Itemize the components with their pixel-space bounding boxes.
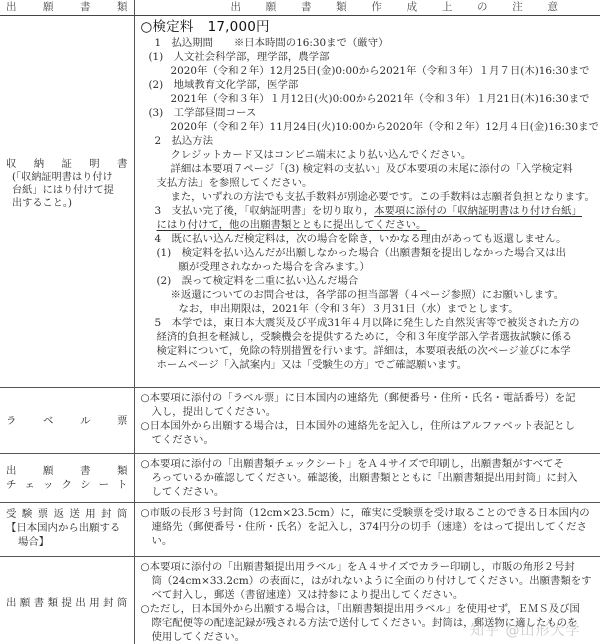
- note-line: 4 既に払い込んだ検定料は，次の場合を除き，いかなる理由があっても返還しません。: [141, 232, 599, 246]
- fee-label: ○検定料: [141, 19, 194, 35]
- label-char: ト: [117, 478, 127, 492]
- table-header: 出願書類 出願書類作成上の注意: [0, 0, 600, 16]
- note-line: ○ただし，日本国外から出願する場合は，「出願書類提出用ラベル」を使用せず，ＥＭＳ…: [141, 602, 599, 616]
- label-char: 封: [101, 507, 111, 521]
- label-payment-receipt: 収納証明書 (「収納証明書はり付け台紙」にはり付けて提出すること。): [0, 16, 134, 388]
- note-line: 1 払込期間 ※日本時間の16:30まで（厳守）: [141, 36, 599, 50]
- item-3-underlined-2: にはり付けて，他の出願書類とともに提出してください。: [157, 219, 427, 231]
- note-line: また，いずれの方法でも支払手数料が別途必要です。この手数料は志願者負担となります…: [141, 190, 599, 204]
- note-line: クレジットカード又はコンビニ端末により払い込んでください。: [141, 148, 599, 162]
- note-line: 2 払込方法: [141, 134, 599, 148]
- label-return-envelope: 受験票返送用封筒 【日本国内から出願する 場合】: [0, 503, 134, 557]
- label-char: 願: [43, 0, 54, 14]
- note-line: 筒（24cm×33.2cm）の表面に，はがれないように全面のり付けしてください。…: [141, 574, 599, 588]
- note-line: 願が受理されなかった場合を含みます。）: [141, 260, 599, 274]
- label-checklist: 出願書類 チェックシート: [0, 454, 134, 503]
- label-char: 験: [22, 507, 32, 521]
- label-char: 出: [6, 596, 16, 610]
- note-line: (1) 人文社会科学部，理学部，農学部: [141, 50, 599, 64]
- note-line: (3) 工学部昼間コース: [141, 106, 599, 120]
- header-documents: 出願書類: [0, 0, 134, 16]
- label-char: 類: [117, 0, 128, 14]
- label-char: 上: [442, 0, 453, 14]
- row-checklist: 出願書類 チェックシート ○本要項に添付の「出願書類チェックシート」をＡ４サイズ…: [0, 454, 600, 503]
- label-char: 明: [89, 157, 99, 171]
- label-char: 書: [80, 0, 91, 14]
- notes-checklist: ○本要項に添付の「出願書類チェックシート」をＡ４サイズで印刷し，出願書類がすべて…: [134, 454, 600, 503]
- label-char: 出: [231, 0, 242, 14]
- label-char: 筒: [117, 596, 127, 610]
- label-char: 書: [301, 0, 312, 14]
- note-line: ※返還についてのお問合せは，各学部の担当部署（４ページ参照）にお願いします。: [141, 288, 599, 302]
- return-envelope-condition-end: 場合】: [6, 535, 130, 549]
- item-3-prefix: 3 支払い完了後，「収納証明書」を切り取り，: [155, 205, 375, 217]
- note-line: 2021年（令和３年）１月12日(火)0:00から2021年（令和３年）１月21…: [141, 92, 599, 106]
- label-char: ッ: [43, 478, 53, 492]
- label-char: 願: [20, 596, 30, 610]
- label-char: 注: [512, 0, 523, 14]
- label-char: 願: [266, 0, 277, 14]
- item-3-line-1: 3 支払い完了後，「収納証明書」を切り取り，本要項に添付の「収納証明書はり付け台…: [141, 204, 599, 218]
- label-char: ベ: [43, 414, 53, 428]
- label-char: 書: [80, 464, 90, 478]
- note-line: ○市販の長形３号封筒（12cm×23.5cm）に，確実に受験票を受け取ることので…: [141, 506, 599, 520]
- label-char: ラ: [6, 414, 16, 428]
- label-char: ル: [80, 414, 90, 428]
- note-line: 経済的負担を軽減し，受験機会を提供するために，令和３年度学部入学者選抜試験に係る: [141, 330, 599, 344]
- row-return-envelope: 受験票返送用封筒 【日本国内から出願する 場合】 ○市販の長形３号封筒（12cm…: [0, 503, 600, 557]
- fee-amount: 17,000円: [208, 19, 270, 35]
- item-3-underlined-1: 本要項に添付の「収納証明書はり付け台紙」: [374, 205, 582, 217]
- label-char: 願: [43, 464, 53, 478]
- label-char: 類: [336, 0, 347, 14]
- label-char: 用: [85, 507, 95, 521]
- label-char: 収: [6, 157, 16, 171]
- label-note-line: (「収納証明書はり付け: [12, 171, 130, 184]
- note-line: い。: [141, 534, 599, 548]
- label-char: ク: [62, 478, 72, 492]
- note-line: ○本要項に添付の「出願書類チェックシート」をＡ４サイズで印刷し，出願書類がすべて…: [141, 457, 599, 471]
- label-char: 意: [547, 0, 558, 14]
- item-3-line-2: にはり付けて，他の出願書類とともに提出してください。: [141, 218, 599, 232]
- application-documents-table: 出願書類 出願書類作成上の注意 収納証明書 (「収納証明書はり付け台紙」にはり付…: [0, 0, 600, 644]
- notes-label-slip: ○本要項に添付の「ラベル票」に日本国内の連絡先（郵便番号・住所・氏名・電話番号）…: [134, 388, 600, 454]
- header-notes: 出願書類作成上の注意: [134, 0, 600, 16]
- label-char: 用: [89, 596, 99, 610]
- label-char: 受: [6, 507, 16, 521]
- label-char: 返: [54, 507, 64, 521]
- note-line: ○日本国外から出願する場合は，日本国外の連絡先を記入し，住所はアルファベット表記…: [141, 419, 599, 433]
- note-line: してください。: [141, 485, 599, 499]
- notes-payment-receipt: ○検定料17,000円 1 払込期間 ※日本時間の16:30まで（厳守）(1) …: [134, 16, 600, 388]
- label-char: チ: [6, 478, 16, 492]
- return-envelope-condition: 【日本国内から出願する: [6, 521, 130, 535]
- note-line: ろっているか確認してください。確認後，出願書類とともに「出願書類提出用封筒」に封…: [141, 471, 599, 485]
- note-line: てください。: [141, 433, 599, 447]
- label-char: 成: [407, 0, 418, 14]
- note-line: 連絡先（郵便番号・住所・氏名）を記入し，374円分の切手（速達）をはって提出して…: [141, 520, 599, 534]
- label-char: の: [477, 0, 488, 14]
- label-char: 送: [69, 507, 79, 521]
- label-char: 封: [103, 596, 113, 610]
- watermark: 知乎 @山形大学: [470, 624, 580, 638]
- notes-return-envelope: ○市販の長形３号封筒（12cm×23.5cm）に，確実に受験票を受け取ることので…: [134, 503, 600, 557]
- note-line: 入し，提出してください。: [141, 405, 599, 419]
- note-line: 支払方法」を参照してください。: [141, 176, 599, 190]
- note-line: なお，申出期限は，2021年（令和３年）３月31日（水）までとします。: [141, 302, 599, 316]
- note-line: 5 本学では，東日本大震災及び平成31年４月以降に発生した自然災害等で被災された…: [141, 316, 599, 330]
- exam-fee-title: ○検定料17,000円: [141, 19, 599, 36]
- label-char: 納: [34, 157, 44, 171]
- label-char: 筒: [117, 507, 127, 521]
- note-line: べて封入し，郵送（書留速達）又は持参により提出してください。: [141, 588, 599, 602]
- note-line: (2) 地域教育文化学部，医学部: [141, 78, 599, 92]
- note-line: ○本要項に添付の「ラベル票」に日本国内の連絡先（郵便番号・住所・氏名・電話番号）…: [141, 391, 599, 405]
- note-line: (1) 検定料を払い込んだが出願しなかった場合（出願書類を提出しなかった場合又は…: [141, 246, 599, 260]
- label-char: シ: [80, 478, 90, 492]
- label-submission-envelope: 出願書類提出用封筒: [0, 557, 134, 644]
- label-char: 書: [117, 157, 127, 171]
- label-char: 類: [48, 596, 58, 610]
- note-line: 2020年（令和２年）12月25日(金)0:00から2021年（令和３年）１月７…: [141, 64, 599, 78]
- label-char: 出: [6, 0, 17, 14]
- note-line: 詳細は本要項７ページ「(3) 検定料の支払い」及び本要項の末尾に添付の「入学検定…: [141, 162, 599, 176]
- note-line: 検定料について，免除の特別措置を行います。詳細は，本要項表紙の次ページ並びに本学: [141, 344, 599, 358]
- label-char: 票: [117, 414, 127, 428]
- label-char: 票: [38, 507, 48, 521]
- label-label-slip: ラベル票: [0, 388, 134, 454]
- label-char: 提: [62, 596, 72, 610]
- label-char: 類: [117, 464, 127, 478]
- label-note-line: 出すること。): [12, 197, 130, 210]
- label-char: 作: [371, 0, 382, 14]
- note-line: ホームページ「入試案内」又は「受験生の方」でご確認願います。: [141, 358, 599, 372]
- label-char: 出: [75, 596, 85, 610]
- note-line: 2020年（令和２年）11月24日(火)10:00から2020年（令和２年）12…: [141, 120, 599, 134]
- label-char: 書: [34, 596, 44, 610]
- note-line: ○本要項に添付の「出願書類提出用ラベル」をＡ４サイズでカラー印刷し，市販の角形２…: [141, 560, 599, 574]
- note-line: (2) 誤って検定料を二重に払い込んだ場合: [141, 274, 599, 288]
- label-char: ー: [99, 478, 109, 492]
- row-label-slip: ラベル票 ○本要項に添付の「ラベル票」に日本国内の連絡先（郵便番号・住所・氏名・…: [0, 388, 600, 454]
- label-char: 出: [6, 464, 16, 478]
- label-char: 証: [62, 157, 72, 171]
- label-char: ェ: [25, 478, 35, 492]
- label-note-line: 台紙」にはり付けて提: [12, 184, 130, 197]
- row-payment-receipt: 収納証明書 (「収納証明書はり付け台紙」にはり付けて提出すること。) ○検定料1…: [0, 16, 600, 388]
